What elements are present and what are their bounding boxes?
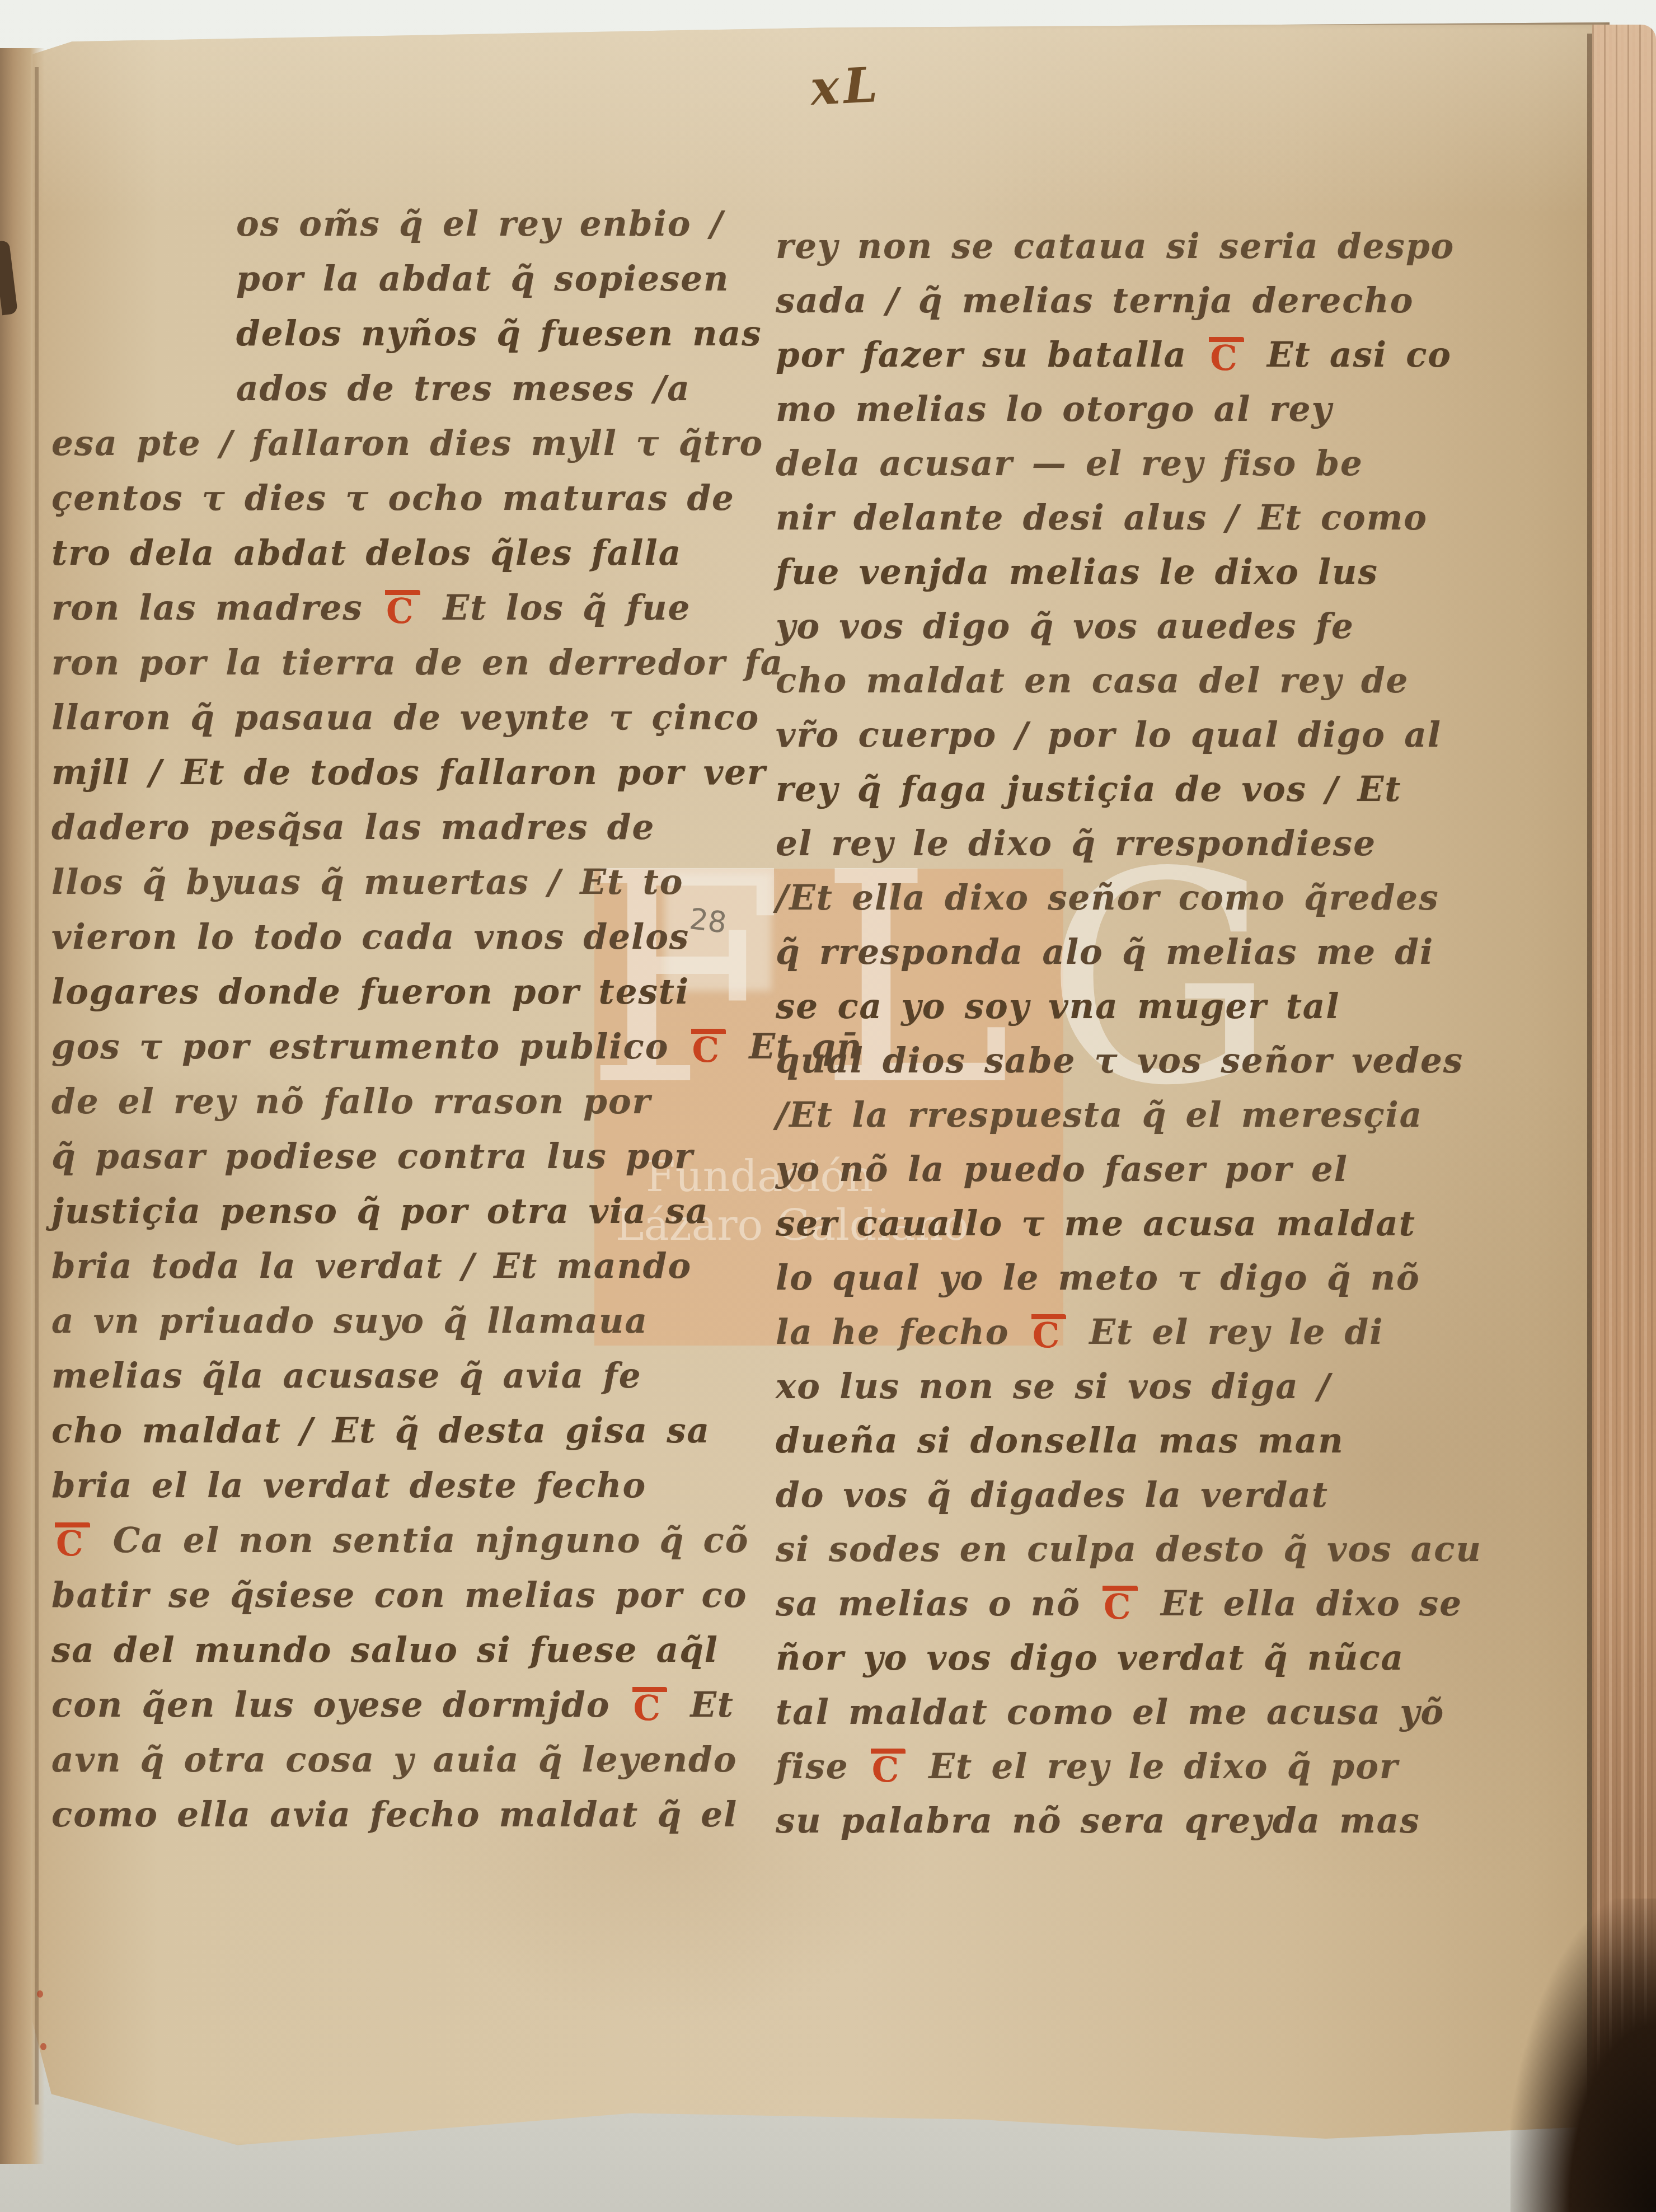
rubric-pilcrow: C (385, 590, 420, 630)
manuscript-line: /Et la rrespuesta q̃ el meresçia (776, 1088, 1458, 1142)
manuscript-line: rey q̃ faga justiçia de vos / Et (776, 762, 1458, 817)
manuscript-line: dueña si donsella mas man (776, 1414, 1458, 1468)
manuscript-line: esa pte / fallaron dies myll τ q̃tro (51, 416, 752, 471)
manuscript-line: çentos τ dies τ ocho maturas de (51, 471, 752, 526)
manuscript-line: cho maldat / Et q̃ desta gisa sa (51, 1404, 752, 1459)
manuscript-line: logares donde fueron por testi (51, 965, 752, 1020)
manuscript-line: se ca yo soy vna muger tal (776, 980, 1458, 1034)
red-speck (40, 2043, 46, 2050)
manuscript-line: batir se q̃siese con melias por co (51, 1568, 752, 1623)
rubric-pilcrow: C (1031, 1314, 1067, 1354)
manuscript-line: sada / q̃ melias ternja derecho (776, 274, 1458, 328)
text-column-right: rey non se cataua si seria desposada / q… (776, 219, 1458, 1848)
manuscript-line: dadero pesq̃sa las madres de (51, 800, 752, 855)
text-column-left: os om̃s q̃ el rey enbio /por la abdat q̃… (51, 197, 752, 1843)
manuscript-line: la he fecho C Et el rey le di (776, 1305, 1458, 1360)
rubric-pilcrow: C (632, 1687, 668, 1727)
manuscript-line: llaron q̃ pasaua de veynte τ çinco (51, 691, 752, 746)
manuscript-line: cho maldat en casa del rey de (776, 654, 1458, 708)
manuscript-line: xo lus non se si vos diga / (776, 1360, 1458, 1414)
manuscript-line: dela acusar — el rey fiso be (776, 437, 1458, 491)
manuscript-line: justiçia penso q̃ por otra via sa (51, 1184, 752, 1239)
manuscript-line: do vos q̃ digades la verdat (776, 1468, 1458, 1522)
manuscript-line: C Ca el non sentia njnguno q̃ cõ (51, 1513, 752, 1568)
manuscript-line: ados de tres meses /a (51, 362, 752, 416)
manuscript-line: ñor yo vos digo verdat q̃ nũca (776, 1631, 1458, 1685)
rubric-pilcrow: C (871, 1749, 906, 1788)
manuscript-line: su palabra nõ sera qreyda mas (776, 1794, 1458, 1848)
manuscript-line: a vn priuado suyo q̃ llamaua (51, 1294, 752, 1349)
manuscript-line: yo nõ la puedo faser por el (776, 1142, 1458, 1197)
manuscript-line: el rey le dixo q̃ rrespondiese (776, 817, 1458, 871)
manuscript-line: con q̃en lus oyese dormjdo C Et (51, 1678, 752, 1733)
manuscript-scan: xL FLG Fundación Lázaro Galdiano 28 os o… (0, 0, 1656, 2212)
manuscript-line: vieron lo todo cada vnos delos (51, 910, 752, 965)
manuscript-line: sa del mundo saluo si fuese aq̃l (51, 1623, 752, 1678)
manuscript-line: mo melias lo otorgo al rey (776, 382, 1458, 437)
manuscript-line: yo vos digo q̃ vos auedes fe (776, 599, 1458, 654)
manuscript-line: q̃ pasar podiese contra lus por (51, 1130, 752, 1184)
manuscript-line: /Et ella dixo señor como q̃redes (776, 871, 1458, 925)
manuscript-line: q̃ rresponda alo q̃ melias me di (776, 925, 1458, 980)
manuscript-line: fise C Et el rey le dixo q̃ por (776, 1740, 1458, 1794)
manuscript-line: si sodes en culpa desto q̃ vos acu (776, 1522, 1458, 1577)
manuscript-line: delos nyños q̃ fuesen nas (51, 307, 752, 362)
folio-number: xL (809, 57, 883, 117)
rubric-pilcrow: C (1209, 337, 1244, 377)
manuscript-line: lo qual yo le meto τ digo q̃ nõ (776, 1251, 1458, 1305)
rubric-pilcrow: C (1103, 1586, 1138, 1625)
manuscript-line: tal maldat como el me acusa yõ (776, 1685, 1458, 1740)
manuscript-line: vr̃o cuerpo / por lo qual digo al (776, 708, 1458, 762)
manuscript-line: sa melias o nõ C Et ella dixo se (776, 1577, 1458, 1631)
manuscript-line: bria el la verdat deste fecho (51, 1459, 752, 1513)
manuscript-line: como ella avia fecho maldat q̃ el (51, 1788, 752, 1843)
red-speck (37, 1990, 43, 1998)
manuscript-line: melias q̃la acusase q̃ avia fe (51, 1349, 752, 1404)
manuscript-line: de el rey nõ fallo rrason por (51, 1075, 752, 1130)
manuscript-line: por fazer su batalla C Et asi co (776, 328, 1458, 382)
manuscript-line: rey non se cataua si seria despo (776, 219, 1458, 274)
manuscript-line: nir delante desi alus / Et como (776, 491, 1458, 545)
shadow-corner (1510, 1899, 1656, 2212)
gutter-edge-line (35, 67, 39, 2105)
manuscript-line: avn q̃ otra cosa y auia q̃ leyendo (51, 1733, 752, 1788)
manuscript-line: bria toda la verdat / Et mando (51, 1239, 752, 1294)
manuscript-line: ron por la tierra de en derredor fa (51, 636, 752, 691)
manuscript-line: llos q̃ byuas q̃ muertas / Et to (51, 855, 752, 910)
rubric-pilcrow: C (691, 1029, 726, 1068)
manuscript-line: por la abdat q̃ sopiesen (51, 252, 752, 307)
manuscript-line: os om̃s q̃ el rey enbio / (51, 197, 752, 252)
fore-edge-pages (1592, 25, 1656, 2212)
manuscript-line: ser cauallo τ me acusa maldat (776, 1197, 1458, 1251)
rubric-pilcrow: C (55, 1522, 90, 1562)
manuscript-line: qual dios sabe τ vos señor vedes (776, 1034, 1458, 1088)
manuscript-line: tro dela abdat delos q̃les falla (51, 526, 752, 581)
manuscript-line: gos τ por estrumento publico C Et qn̄ (51, 1020, 752, 1075)
manuscript-line: fue venjda melias le dixo lus (776, 545, 1458, 599)
manuscript-line: mjll / Et de todos fallaron por ver (51, 746, 752, 800)
manuscript-line: ron las madres C Et los q̃ fue (51, 581, 752, 636)
